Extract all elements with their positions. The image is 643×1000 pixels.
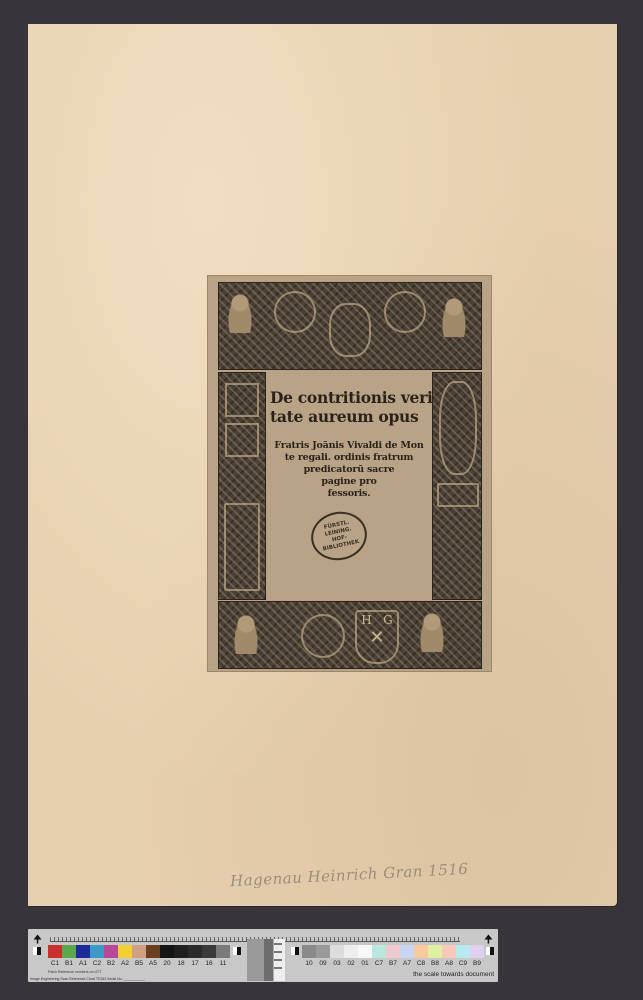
library-stamp: FÜRSTL. LEINING. HOF- BIBLIOTHEK xyxy=(307,507,372,566)
swatch-c2 xyxy=(90,945,104,958)
swatch-c7 xyxy=(372,945,386,958)
swatch-label: 02 xyxy=(344,960,358,967)
squirrel-right-motif xyxy=(384,291,426,333)
swatch-a1 xyxy=(76,945,90,958)
title-line-2: tate aureum opus xyxy=(270,407,430,426)
foliage-center-motif xyxy=(329,303,371,357)
shield-letter-g: G xyxy=(383,613,393,627)
swatch-label: B8 xyxy=(428,960,442,967)
capital-ornament xyxy=(437,483,479,507)
swatch-label: B5 xyxy=(132,960,146,967)
swatch-label: 10 xyxy=(302,960,316,967)
swatch-11 xyxy=(216,945,230,958)
swatch-c1 xyxy=(48,945,62,958)
woodcut-bottom-border: H G ✕ xyxy=(218,601,482,669)
cherub-left-figure xyxy=(227,293,253,333)
patch-reference-note: Patch Reference numbers on UTT xyxy=(48,970,101,974)
swatch-c9 xyxy=(456,945,470,958)
swatch-label: A7 xyxy=(400,960,414,967)
swatch-label: A8 xyxy=(442,960,456,967)
subtitle-line: pagine pro xyxy=(268,476,430,488)
cherub-bottom-right-figure xyxy=(419,612,445,652)
bw-reference-patch xyxy=(291,947,299,955)
squirrel-left-motif xyxy=(274,291,316,333)
swatch-a7 xyxy=(400,945,414,958)
swatch-label: A5 xyxy=(146,960,160,967)
swatch-b9 xyxy=(470,945,484,958)
cherub-right-figure xyxy=(441,297,467,337)
swatch-b8 xyxy=(428,945,442,958)
swatch-b5 xyxy=(132,945,146,958)
swatch-17 xyxy=(188,945,202,958)
fleur-panel-ornament xyxy=(224,503,260,591)
subtitle-line: te regali. ordinis fratrum xyxy=(268,452,430,464)
swatch-18 xyxy=(174,945,188,958)
color-calibration-target: 🠉 🠉 C1 B1 A1 C2 B2 A2 B5 A5 20 18 17 16 … xyxy=(28,929,498,982)
swatch-label: 17 xyxy=(188,960,202,967)
swatch-09 xyxy=(316,945,330,958)
swatch-label: A2 xyxy=(118,960,132,967)
swatch-03 xyxy=(330,945,344,958)
swatch-label: 16 xyxy=(202,960,216,967)
left-swatch-labels: C1 B1 A1 C2 B2 A2 B5 A5 20 18 17 16 11 xyxy=(48,960,230,967)
swatch-20 xyxy=(160,945,174,958)
swatch-02 xyxy=(344,945,358,958)
mount-board: H G ✕ De contritionis veri tate aureum o… xyxy=(28,24,617,906)
swatch-a2 xyxy=(118,945,132,958)
bw-reference-patch xyxy=(33,947,41,955)
swatch-label: 11 xyxy=(216,960,230,967)
swatch-label: B9 xyxy=(470,960,484,967)
scale-direction-note: the scale towards document xyxy=(413,971,494,978)
chart-footer-note: Image Engineering Scan Reference Chart T… xyxy=(30,977,145,981)
woodcut-right-border xyxy=(432,372,482,600)
crossed-staves-icon: ✕ xyxy=(357,628,397,648)
left-swatch-row xyxy=(48,945,230,958)
swatch-16 xyxy=(202,945,216,958)
swatch-01 xyxy=(358,945,372,958)
swatch-label: A1 xyxy=(76,960,90,967)
swatch-label: 01 xyxy=(358,960,372,967)
swatch-c8 xyxy=(414,945,428,958)
swatch-a8 xyxy=(442,945,456,958)
shield-letter-h: H xyxy=(361,613,371,627)
title-line-1: De contritionis veri xyxy=(270,388,430,407)
swatch-b1 xyxy=(62,945,76,958)
swatch-label: 03 xyxy=(330,960,344,967)
rose-ornament xyxy=(301,614,345,658)
subtitle-line: fessoris. xyxy=(268,488,430,500)
author-statement: Fratris Joānis Vivaldi de Mon te regali.… xyxy=(268,440,430,500)
swatch-label: C1 xyxy=(48,960,62,967)
lattice-ornament xyxy=(225,423,259,457)
subtitle-line: predicatorū sacre xyxy=(268,464,430,476)
swatch-label: B1 xyxy=(62,960,76,967)
swatch-b2 xyxy=(104,945,118,958)
swatch-label: 20 xyxy=(160,960,174,967)
woodcut-top-border xyxy=(218,282,482,370)
bw-reference-patch xyxy=(486,947,494,955)
swatch-label: B2 xyxy=(104,960,118,967)
woodcut-left-border xyxy=(218,372,266,600)
twisted-column-ornament xyxy=(439,381,477,475)
title-text-block: De contritionis veri tate aureum opus Fr… xyxy=(268,376,430,596)
swatch-10 xyxy=(302,945,316,958)
swatch-label: C9 xyxy=(456,960,470,967)
card-text-lines xyxy=(274,943,284,975)
subtitle-line: Fratris Joānis Vivaldi de Mon xyxy=(268,440,430,452)
swatch-label: 09 xyxy=(316,960,330,967)
right-swatch-row xyxy=(302,945,484,958)
swatch-a5 xyxy=(146,945,160,958)
right-swatch-labels: 10 09 03 02 01 C7 B7 A7 C8 B8 A8 C9 B9 xyxy=(302,960,484,967)
printer-mark-shield: H G ✕ xyxy=(355,610,399,664)
swatch-b7 xyxy=(386,945,400,958)
swatch-label: C8 xyxy=(414,960,428,967)
swatch-label: 18 xyxy=(174,960,188,967)
cherub-bottom-left-figure xyxy=(233,614,259,654)
swatch-label: C7 xyxy=(372,960,386,967)
title-page-print: H G ✕ De contritionis veri tate aureum o… xyxy=(208,276,491,671)
swatch-label: B7 xyxy=(386,960,400,967)
swatch-label: C2 xyxy=(90,960,104,967)
bw-reference-patch xyxy=(233,947,241,955)
lattice-ornament xyxy=(225,383,259,417)
